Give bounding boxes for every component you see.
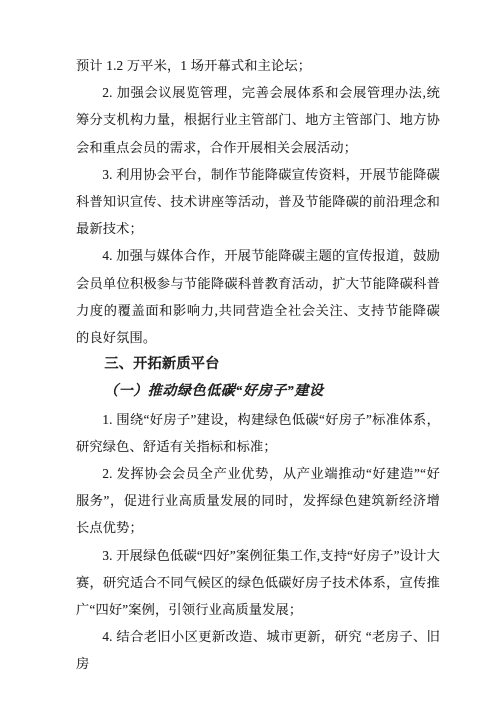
paragraph: 3. 开展绿色低碳“四好”案例征集工作,支持“好房子”设计大赛，研究适合不同气候… <box>76 542 440 624</box>
paragraph: 2. 加强会议展览管理，完善会展体系和会展管理办法,统筹分支机构力量，根据行业主… <box>76 79 440 161</box>
paragraph: 4. 加强与媒体合作，开展节能降碳主题的宣传报道，鼓励会员单位积极参与节能降碳科… <box>76 242 440 351</box>
section-heading: 三、开拓新质平台 <box>76 351 440 378</box>
document-page: 预计 1.2 万平米，1 场开幕式和主论坛；2. 加强会议展览管理，完善会展体系… <box>0 0 500 707</box>
document-body: 预计 1.2 万平米，1 场开幕式和主论坛；2. 加强会议展览管理，完善会展体系… <box>0 0 500 707</box>
paragraph: 1. 围绕“好房子”建设，构建绿色低碳“好房子”标准体系，研究绿色、舒适有关指标… <box>76 406 440 460</box>
section-heading: （一）推动绿色低碳“好房子”建设 <box>76 378 440 405</box>
paragraph: 3. 利用协会平台，制作节能降碳宣传资料，开展节能降碳科普知识宣传、技术讲座等活… <box>76 161 440 243</box>
paragraph: 预计 1.2 万平米，1 场开幕式和主论坛； <box>76 52 440 79</box>
paragraph: 4. 结合老旧小区更新改造、城市更新，研究 “老房子、旧房 <box>76 623 440 677</box>
paragraph: 2. 发挥协会会员全产业优势，从产业端推动“好建造”“好服务”，促进行业高质量发… <box>76 460 440 542</box>
